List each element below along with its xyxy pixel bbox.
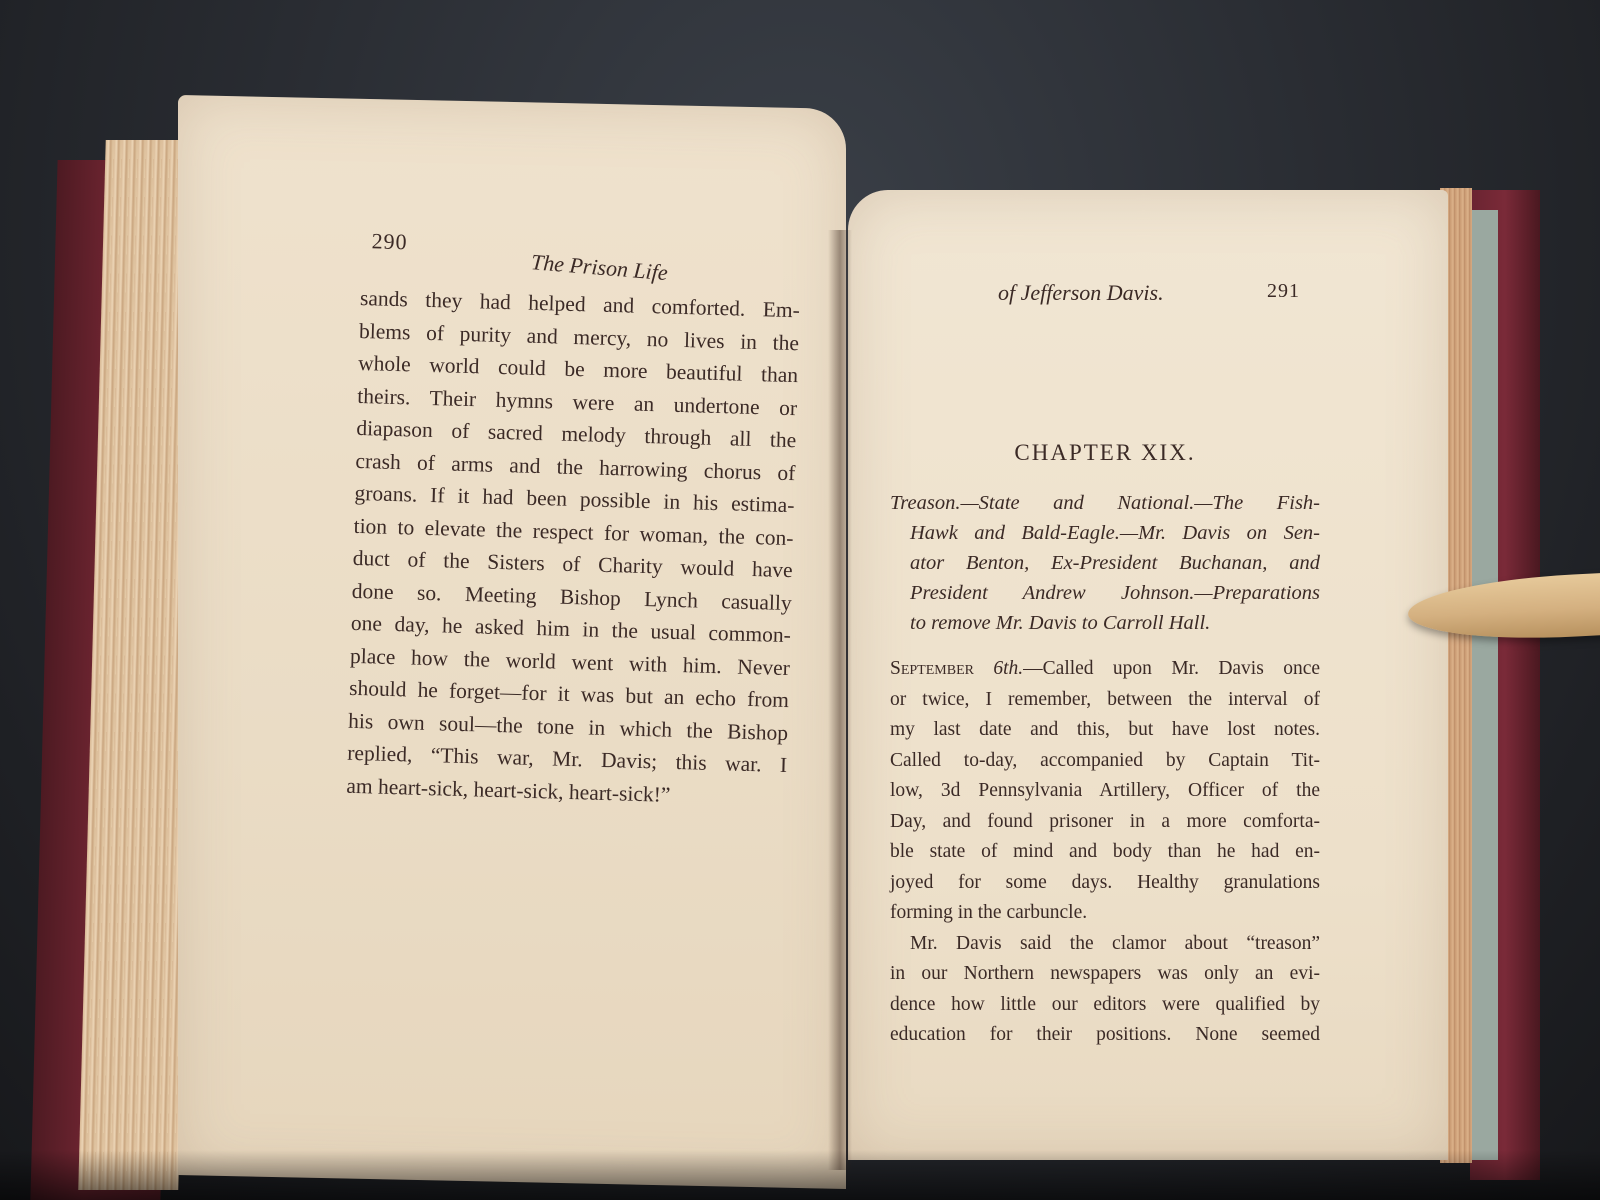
right-page-header: of Jefferson Davis. 291 <box>890 278 1320 318</box>
endpaper-right <box>1470 210 1498 1160</box>
diary-entry: September 6th.—Called upon Mr. Davis onc… <box>890 654 1320 1051</box>
synopsis-line: President Andrew Johnson.—Preparations <box>890 578 1320 608</box>
synopsis-line: ator Benton, Ex-President Buchanan, and <box>890 548 1320 578</box>
bottom-shadow <box>0 1150 1600 1200</box>
text-line: low, 3d Pennsylvania Artillery, Officer … <box>890 776 1320 807</box>
entry-first-line: September 6th.—Called upon Mr. Davis onc… <box>890 654 1320 685</box>
chapter-synopsis: Treason.—State and National.—The Fish- H… <box>890 488 1320 638</box>
text-line: Called to-day, accompanied by Captain Ti… <box>890 746 1320 777</box>
page-number-right: 291 <box>1267 280 1300 303</box>
synopsis-line: Hawk and Bald-Eagle.—Mr. Davis on Sen- <box>890 518 1320 548</box>
running-head-right: of Jefferson Davis. <box>998 280 1164 306</box>
text-line: ble state of mind and body than he had e… <box>890 837 1320 868</box>
text-line: Mr. Davis said the clamor about “treason… <box>890 929 1320 960</box>
entry-date-suffix: 6th. <box>993 658 1023 679</box>
synopsis-line: Treason.—State and National.—The Fish- <box>890 488 1320 518</box>
text-line: dence how little our editors were qualif… <box>890 990 1320 1021</box>
left-page-body: sands they had helped and comforted. Em-… <box>346 282 800 814</box>
chapter-title: CHAPTER XIX. <box>890 440 1320 466</box>
text-line: forming in the carbuncle. <box>890 898 1320 929</box>
synopsis-line: to remove Mr. Davis to Carroll Hall. <box>890 608 1320 638</box>
text-line: my last date and this, but have lost not… <box>890 715 1320 746</box>
text-line: in our Northern newspapers was only an e… <box>890 959 1320 990</box>
entry-first-line-text: —Called upon Mr. Davis once <box>1023 658 1320 679</box>
gutter-shadow <box>828 230 852 1170</box>
page-number-left: 290 <box>371 228 408 255</box>
text-line: or twice, I remember, between the interv… <box>890 685 1320 716</box>
text-line: education for their positions. None seem… <box>890 1020 1320 1051</box>
right-page-text: of Jefferson Davis. 291 CHAPTER XIX. Tre… <box>890 278 1320 1051</box>
text-line: joyed for some days. Healthy granulation… <box>890 868 1320 899</box>
entry-date: September <box>890 658 974 679</box>
text-line: Day, and found prisoner in a more comfor… <box>890 807 1320 838</box>
